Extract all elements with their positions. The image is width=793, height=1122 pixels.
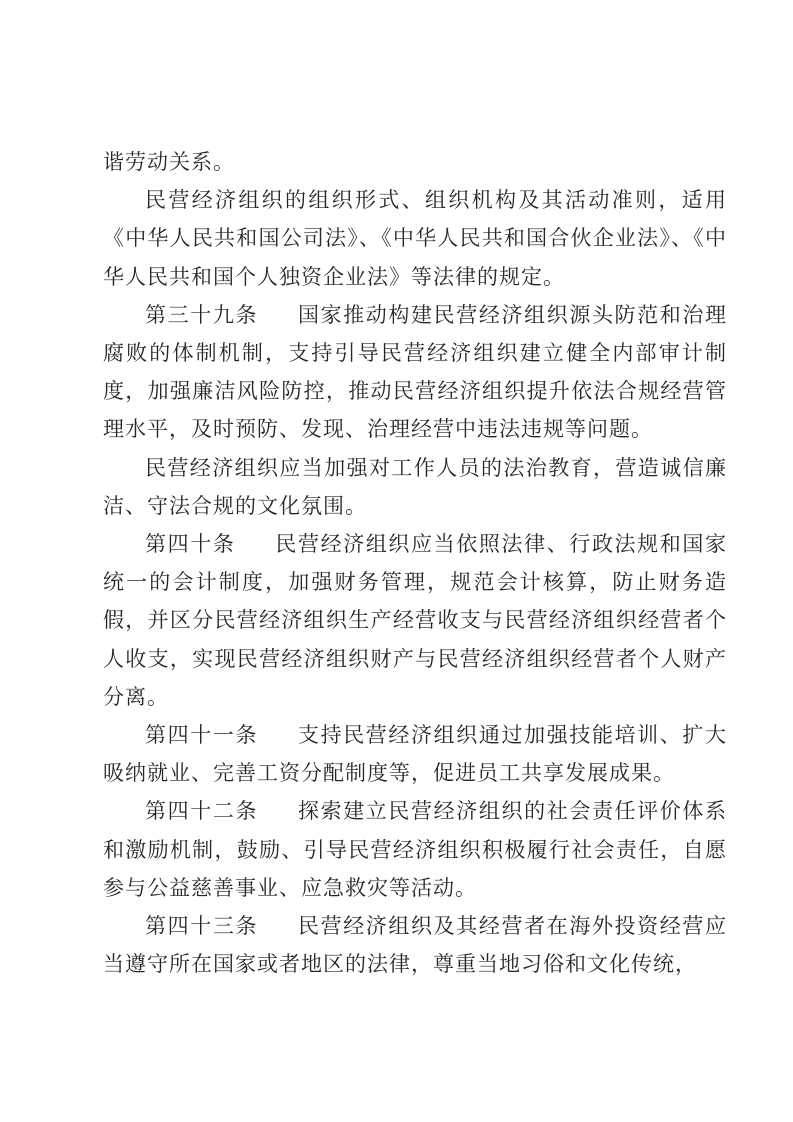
document-page: 谐劳动关系。 民营经济组织的组织形式、组织机构及其活动准则，适用《中华人民共和国… [0,0,793,1122]
paragraph: 第四十条民营经济组织应当依照法律、行政法规和国家统一的会计制度，加强财务管理，规… [103,525,727,716]
article-number: 第四十一条 [145,723,258,747]
paragraph: 民营经济组织应当加强对工作人员的法治教育，营造诚信廉洁、守法合规的文化氛围。 [103,449,727,525]
paragraph: 民营经济组织的组织形式、组织机构及其活动准则，适用《中华人民共和国公司法》、《中… [103,181,727,296]
paragraph-text: 谐劳动关系。 [103,150,235,174]
paragraph-text: 民营经济组织应当依照法律、行政法规和国家统一的会计制度，加强财务管理，规范会计核… [103,532,727,709]
paragraph: 第四十一条支持民营经济组织通过加强技能培训、扩大吸纳就业、完善工资分配制度等，促… [103,716,727,792]
paragraph-text: 民营经济组织的组织形式、组织机构及其活动准则，适用《中华人民共和国公司法》、《中… [103,188,727,288]
paragraph: 第四十二条探索建立民营经济组织的社会责任评价体系和激励机制，鼓励、引导民营经济组… [103,792,727,907]
article-number: 第三十九条 [145,303,258,327]
paragraph: 谐劳动关系。 [103,143,727,181]
article-number: 第四十三条 [145,914,258,938]
paragraph: 第三十九条国家推动构建民营经济组织源头防范和治理腐败的体制机制，支持引导民营经济… [103,296,727,449]
paragraph: 第四十三条民营经济组织及其经营者在海外投资经营应当遵守所在国家或者地区的法律，尊… [103,907,727,983]
paragraph-text: 民营经济组织应当加强对工作人员的法治教育，营造诚信廉洁、守法合规的文化氛围。 [103,456,727,518]
article-number: 第四十条 [145,532,235,556]
article-number: 第四十二条 [145,799,258,823]
document-body: 谐劳动关系。 民营经济组织的组织形式、组织机构及其活动准则，适用《中华人民共和国… [103,143,727,983]
